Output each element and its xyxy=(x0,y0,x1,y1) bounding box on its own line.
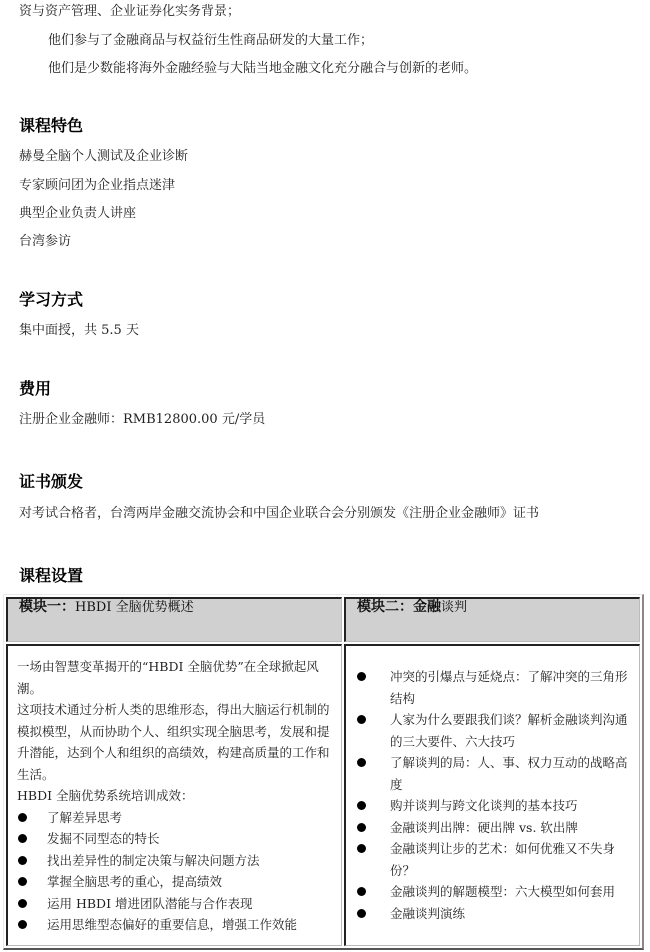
bullet-icon xyxy=(357,801,366,810)
module1-header: 模块一：HBDI 全脑优势概述 xyxy=(6,597,342,642)
section-heading-certificate: 证书颁发 xyxy=(19,472,83,492)
module1-label-strong: 模块一： xyxy=(19,599,75,615)
list-item: 了解差异思考 xyxy=(17,807,332,829)
module2-content: 冲突的引爆点与延烧点：了解冲突的三角形结构 人家为什么要跟我们谈？解析金融谈判沟… xyxy=(344,644,640,946)
list-item: 冲突的引爆点与延烧点：了解冲突的三角形结构 xyxy=(356,666,631,709)
curriculum-table-grid: 模块一：HBDI 全脑优势概述 模块二：金融谈判 一场由智慧变革揭开的“HBDI… xyxy=(4,595,642,948)
study-mode-text: 集中面授，共 5.5 天 xyxy=(19,323,139,339)
list-item: 掌握全脑思考的重心，提高绩效 xyxy=(17,871,332,893)
list-item: 金融谈判让步的艺术：如何优雅又不失身份？ xyxy=(356,838,631,881)
intro-line: 他们是少数能将海外金融经验与大陆当地金融文化充分融合与创新的老师。 xyxy=(48,61,477,77)
section-heading-study-mode: 学习方式 xyxy=(19,290,83,310)
bullet-icon xyxy=(357,672,366,681)
list-item: 了解谈判的局：人、事、权力互动的战略高度 xyxy=(356,752,631,795)
bullet-icon xyxy=(357,887,366,896)
bullet-icon xyxy=(18,920,27,929)
fee-text: 注册企业金融师：RMB12800.00 元/学员 xyxy=(19,412,265,428)
table-header-row: 模块一：HBDI 全脑优势概述 模块二：金融谈判 xyxy=(6,597,640,642)
bullet-icon xyxy=(357,823,366,832)
feature-item: 典型企业负责人讲座 xyxy=(19,206,136,222)
module2-header: 模块二：金融谈判 xyxy=(344,597,640,642)
bullet-icon xyxy=(18,899,27,908)
bullet-icon xyxy=(18,856,27,865)
section-heading-features: 课程特色 xyxy=(19,116,83,136)
module2-label-rest: 谈判 xyxy=(441,600,467,615)
bullet-icon xyxy=(18,813,27,822)
list-item: 金融谈判演练 xyxy=(356,903,631,925)
list-item: 人家为什么要跟我们谈？解析金融谈判沟通的三大要件、六大技巧 xyxy=(356,709,631,752)
list-item: 发掘不同型态的特长 xyxy=(17,828,332,850)
feature-item: 赫曼全脑个人测试及企业诊断 xyxy=(19,149,188,165)
list-item: 运用 HBDI 增进团队潜能与合作表现 xyxy=(17,893,332,915)
list-item: 购并谈判与跨文化谈判的基本技巧 xyxy=(356,795,631,817)
feature-item: 专家顾问团为企业指点迷津 xyxy=(19,178,175,194)
module2-label-strong: 模块二：金融 xyxy=(357,599,441,615)
bullet-icon xyxy=(18,834,27,843)
bullet-icon xyxy=(18,877,27,886)
section-heading-curriculum: 课程设置 xyxy=(19,566,83,586)
module1-content: 一场由智慧变革揭开的“HBDI 全脑优势”在全球掀起风潮。 这项技术通过分析人类… xyxy=(6,644,342,946)
bullet-icon xyxy=(357,844,366,853)
list-item: 金融谈判的解题模型：六大模型如何套用 xyxy=(356,881,631,903)
intro-line: 他们参与了金融商品与权益衍生性商品研发的大量工作； xyxy=(48,33,373,49)
module1-paragraph: 一场由智慧变革揭开的“HBDI 全脑优势”在全球掀起风潮。 xyxy=(17,656,332,699)
section-heading-fee: 费用 xyxy=(19,379,51,399)
bullet-icon xyxy=(357,758,366,767)
certificate-text: 对考试合格者，台湾两岸金融交流协会和中国企业联合会分别颁发《注册企业金融师》证书 xyxy=(19,506,539,522)
intro-line: 资与资产管理、企业证券化实务背景； xyxy=(19,4,240,20)
bullet-icon xyxy=(357,715,366,724)
list-item: 找出差异性的制定决策与解决问题方法 xyxy=(17,850,332,872)
table-body-row: 一场由智慧变革揭开的“HBDI 全脑优势”在全球掀起风潮。 这项技术通过分析人类… xyxy=(6,644,640,946)
module1-paragraph: 这项技术通过分析人类的思维形态，得出大脑运行机制的模拟模型，从而协助个人、组织实… xyxy=(17,699,332,785)
list-item: 运用思维型态偏好的重要信息，增强工作效能 xyxy=(17,914,332,936)
list-item: 金融谈判出牌：硬出牌 vs. 软出牌 xyxy=(356,817,631,839)
module1-paragraph: HBDI 全脑优势系统培训成效： xyxy=(17,785,332,807)
bullet-icon xyxy=(357,909,366,918)
module1-label-rest: HBDI 全脑优势概述 xyxy=(75,600,194,615)
curriculum-table: 模块一：HBDI 全脑优势概述 模块二：金融谈判 一场由智慧变革揭开的“HBDI… xyxy=(3,594,644,950)
feature-item: 台湾参访 xyxy=(19,234,71,250)
